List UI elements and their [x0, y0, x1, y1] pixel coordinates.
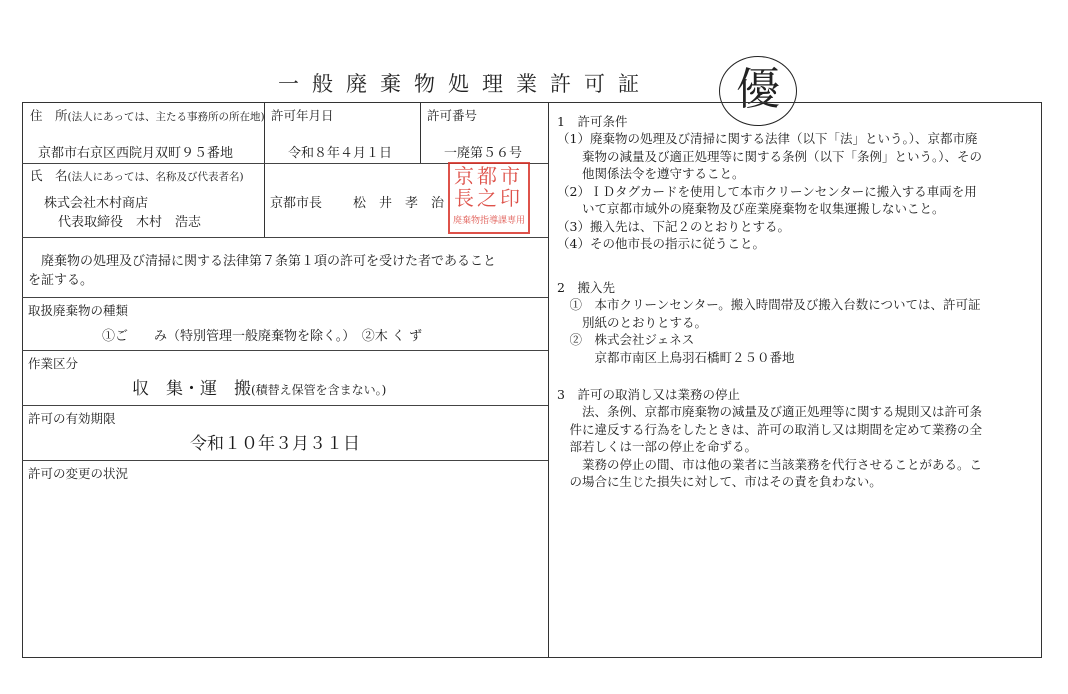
section1-heading: 1 許可条件: [557, 113, 627, 131]
holder-label-text: 氏 名: [30, 168, 68, 183]
condition-line: 京都市南区上鳥羽石橋町２５０番地: [557, 349, 981, 367]
holder-label-note: (法人にあっては、名称及び代表者名): [68, 171, 244, 183]
seal-line2: 長之印: [454, 186, 523, 210]
section3-heading: 3 許可の取消し又は業務の停止: [557, 386, 740, 404]
divider: [22, 405, 548, 406]
divider: [22, 237, 548, 238]
divider: [548, 102, 549, 658]
condition-line: 他関係法令を遵守すること。: [557, 165, 982, 183]
condition-line: 法、条例、京都市廃棄物の減量及び適正処理等に関する規則又は許可条: [557, 403, 982, 421]
changes-label: 許可の変更の状況: [28, 464, 128, 482]
issuer-name: 松 井 孝 治: [353, 192, 444, 211]
permit-number-label: 許可番号: [427, 106, 477, 124]
waste-types-label: 取扱廃棄物の種類: [28, 301, 128, 319]
validity-value: 令和１０年３月３１日: [190, 429, 360, 454]
certification-line2: を証する。: [28, 269, 93, 288]
validity-label: 許可の有効期限: [28, 409, 116, 427]
section2-heading: 2 搬入先: [557, 279, 615, 297]
waste-types-value: ①ご み（特別管理一般廃棄物を除く。） ②木 く ず: [102, 325, 422, 344]
condition-line: いて京都市域外の廃棄物及び産業廃棄物を収集運搬しないこと。: [557, 200, 982, 218]
condition-line: （1）廃棄物の処理及び清掃に関する法律（以下「法」という。）、京都市廃: [557, 130, 982, 148]
permit-date-value: 令和８年４月１日: [288, 142, 392, 161]
seal-line3: 廃棄物指導課専用: [453, 212, 525, 230]
work-category-text: 収 集・運 搬: [132, 379, 251, 399]
divider: [22, 350, 548, 351]
address-label-note: (法人にあっては、主たる事務所の所在地): [68, 111, 265, 123]
condition-line: 別紙のとおりとする。: [557, 314, 981, 332]
condition-line: ② 株式会社ジェネス: [557, 331, 981, 349]
section1-list: （1）廃棄物の処理及び清掃に関する法律（以下「法」という。）、京都市廃 棄物の減…: [557, 130, 982, 253]
certification-line1: 廃棄物の処理及び清掃に関する法律第７条第１項の許可を受けた者であること: [28, 250, 496, 269]
official-seal: 京都市 長之印 廃棄物指導課専用: [448, 162, 530, 234]
work-category-label: 作業区分: [28, 354, 78, 372]
condition-line: 棄物の減量及び適正処理等に関する条例（以下「条例」という。）、その: [557, 148, 982, 166]
divider: [22, 460, 548, 461]
condition-line: の場合に生じた損失に対して、市はその責を負わない。: [557, 473, 982, 491]
condition-line: （4）その他市長の指示に従うこと。: [557, 235, 982, 253]
section2-list: ① 本市クリーンセンター。搬入時間帯及び搬入台数については、許可証 別紙のとおり…: [557, 296, 981, 366]
section3-list: 法、条例、京都市廃棄物の減量及び適正処理等に関する規則又は許可条 件に違反する行…: [557, 403, 982, 491]
work-category-note: (積替え保管を含まない。): [251, 383, 386, 397]
document-title: 一般廃棄物処理業許可証: [278, 66, 718, 102]
condition-line: 部若しくは一部の停止を命ずる。: [557, 438, 982, 456]
condition-line: （2）ＩＤタグカードを使用して本市クリーンセンターに搬入する車両を用: [557, 183, 982, 201]
divider: [420, 102, 421, 163]
divider: [22, 297, 548, 298]
holder-company: 株式会社木村商店: [44, 192, 148, 211]
permit-date-label: 許可年月日: [271, 106, 334, 124]
condition-line: 業務の停止の間、市は他の業者に当該業務を代行させることがある。こ: [557, 456, 982, 474]
work-category-value: 収 集・運 搬(積替え保管を含まない。): [132, 374, 386, 399]
address-label-text: 住 所: [30, 108, 68, 123]
holder-representative: 代表取締役 木村 浩志: [58, 211, 201, 230]
address-value: 京都市右京区西院月双町９５番地: [38, 142, 233, 161]
issuer-title: 京都市長: [270, 192, 322, 211]
condition-line: 件に違反する行為をしたときは、許可の取消し又は期間を定めて業務の全: [557, 421, 982, 439]
holder-label: 氏 名(法人にあっては、名称及び代表者名): [30, 166, 244, 184]
condition-line: （3）搬入先は、下記２のとおりとする。: [557, 218, 982, 236]
condition-line: ① 本市クリーンセンター。搬入時間帯及び搬入台数については、許可証: [557, 296, 981, 314]
permit-number-value: 一廃第５６号: [444, 142, 522, 161]
seal-line1: 京都市: [454, 164, 523, 188]
address-label: 住 所(法人にあっては、主たる事務所の所在地): [30, 106, 265, 124]
